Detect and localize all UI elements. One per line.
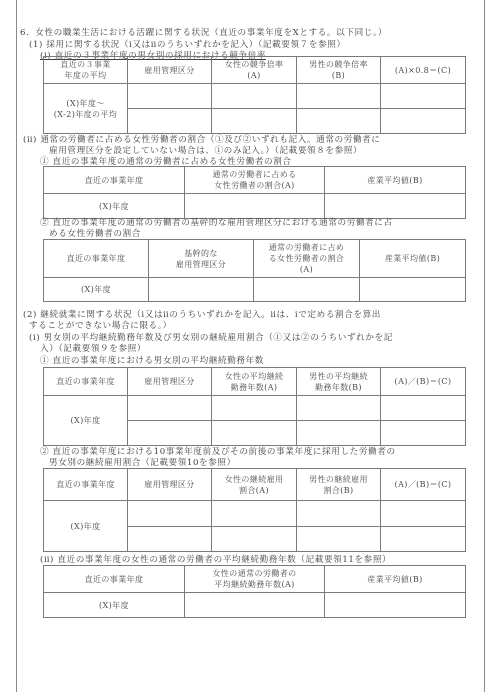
s2-i-heading: (ⅰ) 男女別の平均継続勤務年数及び男女別の継続雇用割合（①又は②のうちいずれか… — [29, 333, 393, 344]
page-left-border — [16, 0, 17, 692]
input-cell[interactable] — [381, 421, 466, 446]
s1-ii-heading: (ⅱ) 通常の労働者に占める女性労働者の割合（①及び②いずれも記入。通常の労働者… — [23, 135, 381, 146]
row-label: (X)年度～(X-2)年度の平均 — [44, 84, 128, 134]
header-cell: (A)／(B)＝(C) — [381, 368, 466, 396]
input-cell[interactable] — [360, 278, 466, 302]
input-cell[interactable] — [128, 421, 212, 446]
table-hiring-competition-ratio: 直近の３事業年度の平均 雇用管理区分 女性の競争倍率(A) 男性の競争倍率(B)… — [43, 56, 466, 134]
header-cell: 男性の継続雇用割合(B) — [297, 469, 381, 501]
row-label: (X)年度 — [44, 194, 185, 219]
input-cell[interactable] — [254, 278, 360, 302]
input-cell[interactable] — [381, 84, 466, 109]
row-label: (X)年度 — [44, 501, 128, 552]
table-core-category-female-ratio: 直近の事業年度 基幹的な雇用管理区分 通常の労働者に占める女性労働者の割合(A)… — [43, 239, 466, 302]
input-cell[interactable] — [128, 109, 212, 134]
header-cell: 女性の競争倍率(A) — [212, 57, 297, 84]
header-cell: (A)／(B)＝(C) — [381, 469, 466, 501]
section-title: 6．女性の職業生活における活躍に関する状況（直近の事業年度をXとする。以下同じ。… — [20, 28, 387, 39]
input-cell[interactable] — [297, 421, 381, 446]
input-cell[interactable] — [325, 194, 466, 219]
header-cell: 直近の事業年度 — [44, 167, 185, 194]
header-cell: 直近の事業年度 — [44, 240, 149, 278]
header-cell: 雇用管理区分 — [128, 469, 212, 501]
input-cell[interactable] — [212, 396, 297, 421]
input-cell[interactable] — [149, 278, 254, 302]
header-cell: 男性の競争倍率(B) — [297, 57, 381, 84]
header-cell: 女性の継続雇用割合(A) — [212, 469, 297, 501]
input-cell[interactable] — [297, 501, 381, 527]
s1-ii-2-heading: ② 直近の事業年度の通常の労働者の基幹的な雇用管理区分における通常の労働者に占 — [40, 218, 393, 229]
header-cell: 通常の労働者に占める女性労働者の割合(A) — [254, 240, 360, 278]
input-cell[interactable] — [212, 527, 297, 552]
header-cell: 直近の３事業年度の平均 — [44, 57, 128, 84]
table-female-avg-tenure: 直近の事業年度 女性の通常の労働者の平均継続勤務年数(A) 産業平均値(B) (… — [43, 565, 466, 618]
table-continued-employment-ratio: 直近の事業年度 雇用管理区分 女性の継続雇用割合(A) 男性の継続雇用割合(B)… — [43, 468, 466, 552]
header-cell: 産業平均値(B) — [360, 240, 466, 278]
input-cell[interactable] — [297, 527, 381, 552]
s1-heading: (1) 採用に関する状況（ⅰ又はⅱのうちいずれかを記入）（記載要領７を参照） — [29, 40, 346, 51]
header-cell: 産業平均値(B) — [325, 167, 466, 194]
header-cell: 産業平均値(B) — [325, 566, 466, 593]
header-cell: 女性の平均継続勤務年数(A) — [212, 368, 297, 396]
s2-i-heading-2: 入）（記載要領９を参照） — [40, 344, 146, 355]
header-cell: (A)×0.8＝(C) — [381, 57, 466, 84]
header-cell: 男性の平均継続勤務年数(B) — [297, 368, 381, 396]
input-cell[interactable] — [185, 194, 325, 219]
input-cell[interactable] — [381, 527, 466, 552]
s2-heading-2: することができない場合に限る。） — [29, 321, 172, 332]
row-label: (X)年度 — [44, 278, 149, 302]
input-cell[interactable] — [381, 396, 466, 421]
s2-heading: (2) 継続就業に関する状況（ⅰ又はⅱのうちいずれかを記入。ⅱは、ⅰで定める割合… — [23, 310, 381, 321]
input-cell[interactable] — [128, 396, 212, 421]
header-cell: 雇用管理区分 — [128, 368, 212, 396]
input-cell[interactable] — [297, 109, 381, 134]
input-cell[interactable] — [297, 396, 381, 421]
header-cell: 通常の労働者に占める女性労働者の割合(A) — [185, 167, 325, 194]
s2-i-1-heading: ① 直近の事業年度における男女別の平均継続勤務年数 — [40, 356, 264, 367]
input-cell[interactable] — [325, 593, 466, 618]
header-cell: 直近の事業年度 — [44, 566, 185, 593]
row-label: (X)年度 — [44, 396, 128, 446]
input-cell[interactable] — [212, 109, 297, 134]
input-cell[interactable] — [381, 109, 466, 134]
row-label: (X)年度 — [44, 593, 185, 618]
s2-i-2-heading: ② 直近の事業年度における10事業年度前及びその前後の事業年度に採用した労働者の — [40, 447, 396, 458]
input-cell[interactable] — [128, 501, 212, 527]
input-cell[interactable] — [212, 501, 297, 527]
header-cell: 直近の事業年度 — [44, 469, 128, 501]
input-cell[interactable] — [185, 593, 325, 618]
header-cell: 基幹的な雇用管理区分 — [149, 240, 254, 278]
input-cell[interactable] — [128, 527, 212, 552]
page-right-border — [484, 0, 485, 692]
header-cell: 雇用管理区分 — [128, 57, 212, 84]
header-cell: 直近の事業年度 — [44, 368, 128, 396]
input-cell[interactable] — [128, 84, 212, 109]
input-cell[interactable] — [212, 421, 297, 446]
input-cell[interactable] — [381, 501, 466, 527]
table-avg-tenure-by-gender: 直近の事業年度 雇用管理区分 女性の平均継続勤務年数(A) 男性の平均継続勤務年… — [43, 367, 466, 446]
s1-ii-heading-2: 雇用管理区分を設定していない場合は、①のみ記入。）（記載要領８を参照） — [49, 146, 362, 157]
input-cell[interactable] — [212, 84, 297, 109]
input-cell[interactable] — [297, 84, 381, 109]
header-cell: 女性の通常の労働者の平均継続勤務年数(A) — [185, 566, 325, 593]
table-female-ratio: 直近の事業年度 通常の労働者に占める女性労働者の割合(A) 産業平均値(B) (… — [43, 166, 466, 219]
